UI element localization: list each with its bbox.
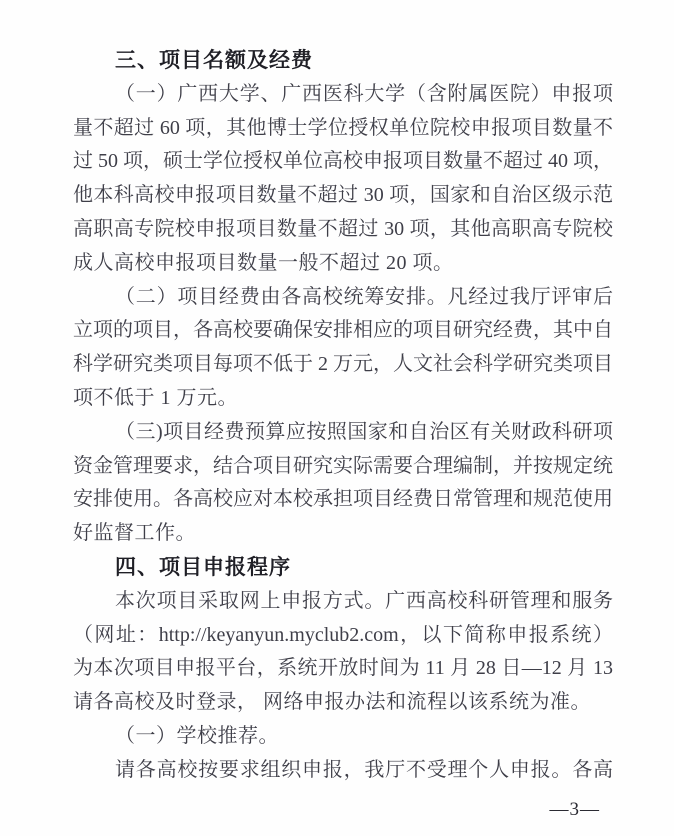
document-line: 他本科高校申报项目数量不超过 30 项，国家和自治区级示范性	[73, 179, 613, 213]
document-line: 请各高校及时登录， 网络申报办法和流程以该系统为准。	[73, 686, 613, 720]
section-heading: 三、项目名额及经费	[73, 44, 613, 78]
document-line: （一）广西大学、广西医科大学（含附属医院）申报项目数	[73, 78, 613, 112]
document-line: （一）学校推荐。	[73, 720, 613, 754]
document-body: 三、项目名额及经费（一）广西大学、广西医科大学（含附属医院）申报项目数量不超过 …	[73, 44, 613, 788]
document-line: 资金管理要求，结合项目研究实际需要合理编制，并按规定统筹	[73, 450, 613, 484]
document-line: 立项的项目，各高校要确保安排相应的项目研究经费，其中自然	[73, 314, 613, 348]
document-line: 为本次项目申报平台，系统开放时间为 11 月 28 日—12 月 13 日。	[73, 652, 613, 686]
document-line: 成人高校申报项目数量一般不超过 20 项。	[73, 247, 613, 281]
section-heading: 四、项目申报程序	[73, 551, 613, 585]
page-number: —3—	[550, 799, 601, 821]
document-page: 三、项目名额及经费（一）广西大学、广西医科大学（含附属医院）申报项目数量不超过 …	[0, 0, 674, 836]
document-line: （网址：http://keyanyun.myclub2.com，以下简称申报系统…	[73, 619, 613, 653]
document-line: 请各高校按要求组织申报，我厅不受理个人申报。各高校须	[73, 754, 613, 788]
document-line: 安排使用。各高校应对本校承担项目经费日常管理和规范使用做	[73, 483, 613, 517]
document-line: 过 50 项，硕士学位授权单位高校申报项目数量不超过 40 项，其	[73, 145, 613, 179]
document-line: （二）项目经费由各高校统筹安排。凡经过我厅评审后公布	[73, 281, 613, 315]
document-line: 科学研究类项目每项不低于 2 万元，人文社会科学研究类项目每	[73, 348, 613, 382]
document-line: 项不低于 1 万元。	[73, 382, 613, 416]
document-line: 本次项目采取网上申报方式。广西高校科研管理和服务平台	[73, 585, 613, 619]
document-line: （三)项目经费预算应按照国家和自治区有关财政科研项目	[73, 416, 613, 450]
document-line: 好监督工作。	[73, 517, 613, 551]
document-line: 高职高专院校申报项目数量不超过 30 项，其他高职高专院校和	[73, 213, 613, 247]
document-line: 量不超过 60 项，其他博士学位授权单位院校申报项目数量不超	[73, 112, 613, 146]
